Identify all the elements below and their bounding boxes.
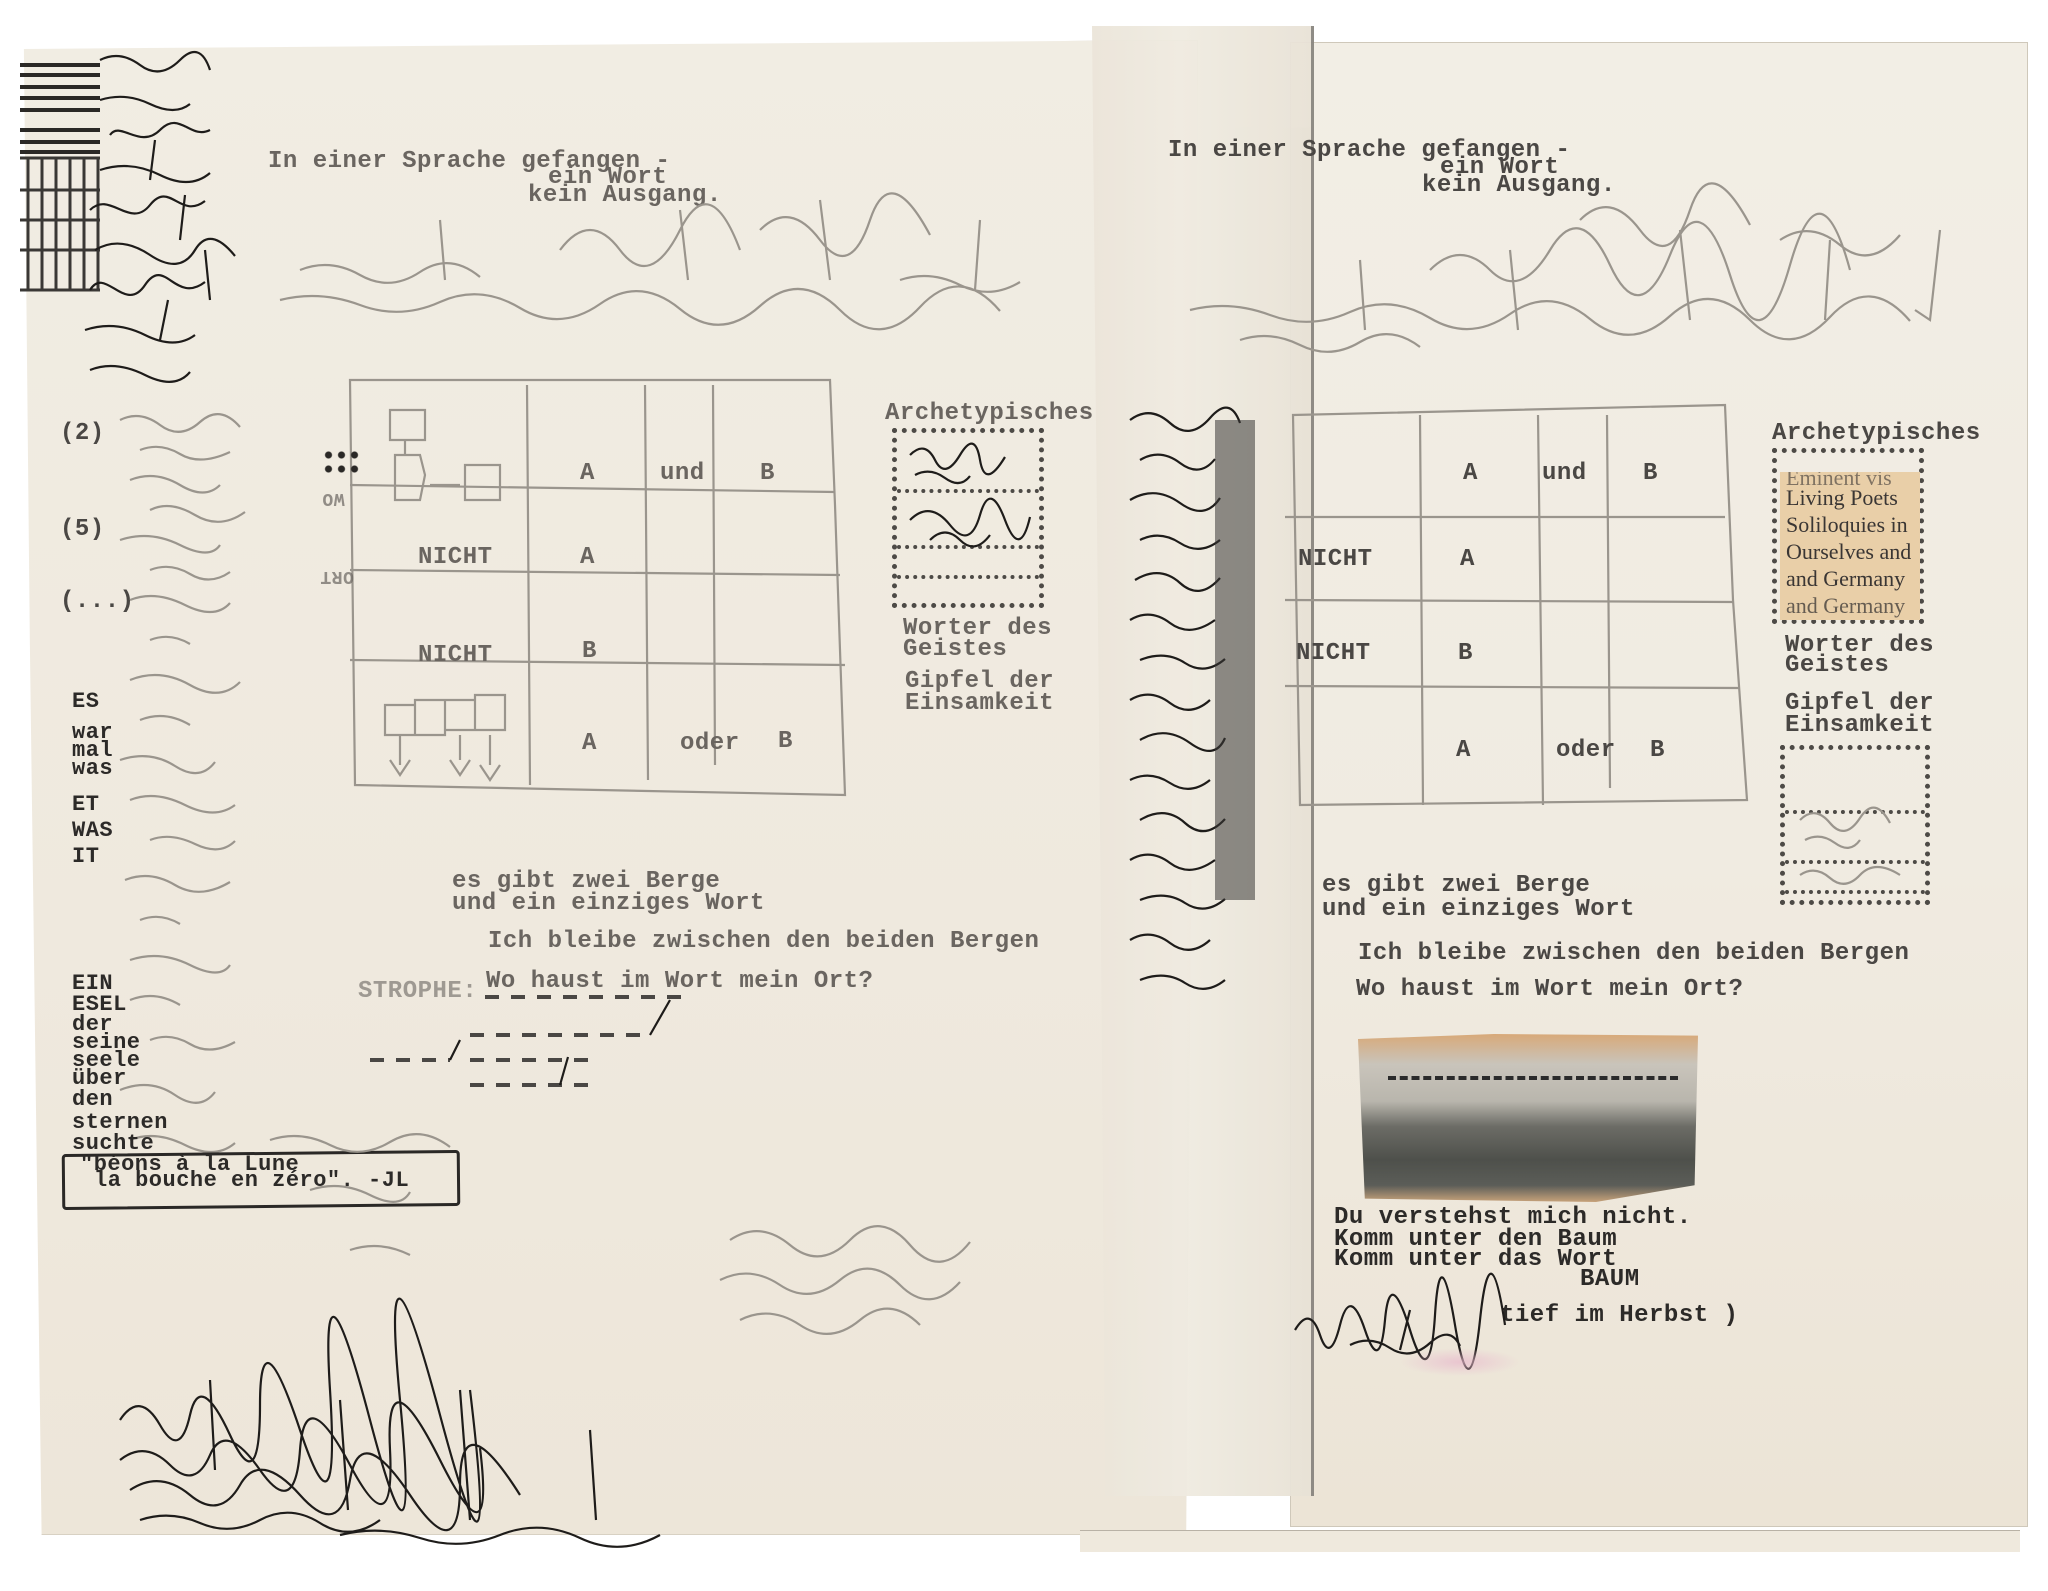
left-grid-r2-c2: A — [580, 544, 595, 571]
left-margin-marker-5: (5) — [60, 516, 105, 543]
left-margin-marker-2: (2) — [60, 420, 105, 447]
right-grid-r1-c2: A — [1463, 460, 1478, 487]
clipping-line: Eminent vis — [1786, 472, 1914, 484]
right-grid-r2-c2: A — [1460, 546, 1475, 573]
torn-paper-collage-patch — [1358, 1034, 1698, 1202]
left-side-label-wo: WO — [322, 488, 345, 508]
right-grid-r4-c2: A — [1456, 737, 1471, 764]
collage-dashed-line — [1388, 1076, 1678, 1080]
right-grid-r2-c1: NICHT — [1298, 546, 1373, 573]
right-grid-r3-c1: NICHT — [1296, 640, 1371, 667]
poem-word: ET — [72, 792, 182, 818]
pencil-asemic-writing-right-upper — [1180, 200, 1980, 370]
vertical-poem: ES war mal was ET WAS IT EIN ESEL der se… — [72, 690, 182, 1154]
right-logic-grid-lines — [1285, 400, 1755, 810]
ink-writing-in-stamp-box — [900, 435, 1050, 555]
clipping-line: Soliloquies in — [1786, 511, 1914, 538]
right-summit-2: Einsamkeit — [1785, 712, 1934, 739]
poem-word: suchte — [72, 1134, 182, 1154]
right-archetype-label: Archetypisches — [1772, 420, 1981, 447]
closing-line-5: tief im Herbst ) — [1500, 1302, 1738, 1329]
closing-line-3: Komm unter das Wort — [1334, 1246, 1617, 1273]
ink-asemic-writing-bottom — [110, 1370, 890, 1550]
left-grid-r1-c2: A — [580, 460, 595, 487]
bottom-paper-strip — [1080, 1530, 2020, 1552]
right-grid-r1-c4: B — [1643, 460, 1658, 487]
right-grid-r3-c2: B — [1458, 640, 1473, 667]
poem-word: IT — [72, 844, 182, 870]
stamp-rule — [897, 575, 1039, 579]
right-mountains-line-3: Ich bleibe zwischen den beiden Bergen — [1358, 940, 1909, 967]
left-words-of-spirit-2: Geistes — [903, 636, 1007, 663]
poem-word: den — [72, 1088, 182, 1112]
left-mountains-line-3: Ich bleibe zwischen den beiden Bergen — [488, 928, 1039, 955]
right-mountains-line-2: und ein einziges Wort — [1322, 896, 1635, 923]
clipping-line: Ourselves and — [1786, 538, 1914, 565]
pencil-writing-in-small-stamp — [1790, 800, 1930, 890]
left-mountains-line-2: und ein einziges Wort — [452, 890, 765, 917]
closing-line-4: BAUM — [1580, 1266, 1640, 1293]
left-side-label-ort: ORT — [320, 566, 354, 586]
left-grid-r3-c1: NICHT — [418, 642, 493, 669]
right-mountains-line-1: es gibt zwei Berge — [1322, 872, 1590, 899]
right-words-of-spirit-2: Geistes — [1785, 652, 1889, 679]
clipping-line: and Germany — [1786, 565, 1914, 592]
left-grid-r1-c3: und — [660, 460, 705, 487]
poem-word: was — [72, 760, 182, 778]
right-grid-r1-c3: und — [1542, 460, 1587, 487]
clipping-line: and Germany — [1786, 592, 1914, 619]
newspaper-clipping: Eminent vis Living Poets Soliloquies in … — [1780, 472, 1920, 620]
poem-word: ES — [72, 690, 182, 714]
left-summit-2: Einsamkeit — [905, 690, 1054, 717]
left-grid-r4-c3: oder — [680, 730, 740, 757]
pencil-asemic-writing-lower — [250, 1100, 1090, 1360]
left-archetype-label: Archetypisches — [885, 400, 1094, 427]
right-grid-r4-c4: B — [1650, 737, 1665, 764]
left-grid-r4-c2: A — [582, 730, 597, 757]
pink-stain — [1400, 1348, 1520, 1376]
right-heading-line-3: kein Ausgang. — [1422, 172, 1616, 199]
left-grid-r2-c1: NICHT — [418, 544, 493, 571]
poem-word: WAS — [72, 818, 182, 844]
braille-dots — [322, 448, 360, 476]
left-grid-r1-c4: B — [760, 460, 775, 487]
left-grid-r3-c2: B — [582, 638, 597, 665]
right-grid-r4-c3: oder — [1556, 737, 1616, 764]
left-grid-r4-c4: B — [778, 728, 793, 755]
right-mountains-line-4: Wo haust im Wort mein Ort? — [1356, 976, 1743, 1003]
typed-dash-pattern — [370, 985, 700, 1095]
poem-word: EIN — [72, 974, 182, 994]
stamp-rule — [1785, 890, 1925, 894]
pencil-asemic-writing-upper — [260, 190, 1100, 340]
